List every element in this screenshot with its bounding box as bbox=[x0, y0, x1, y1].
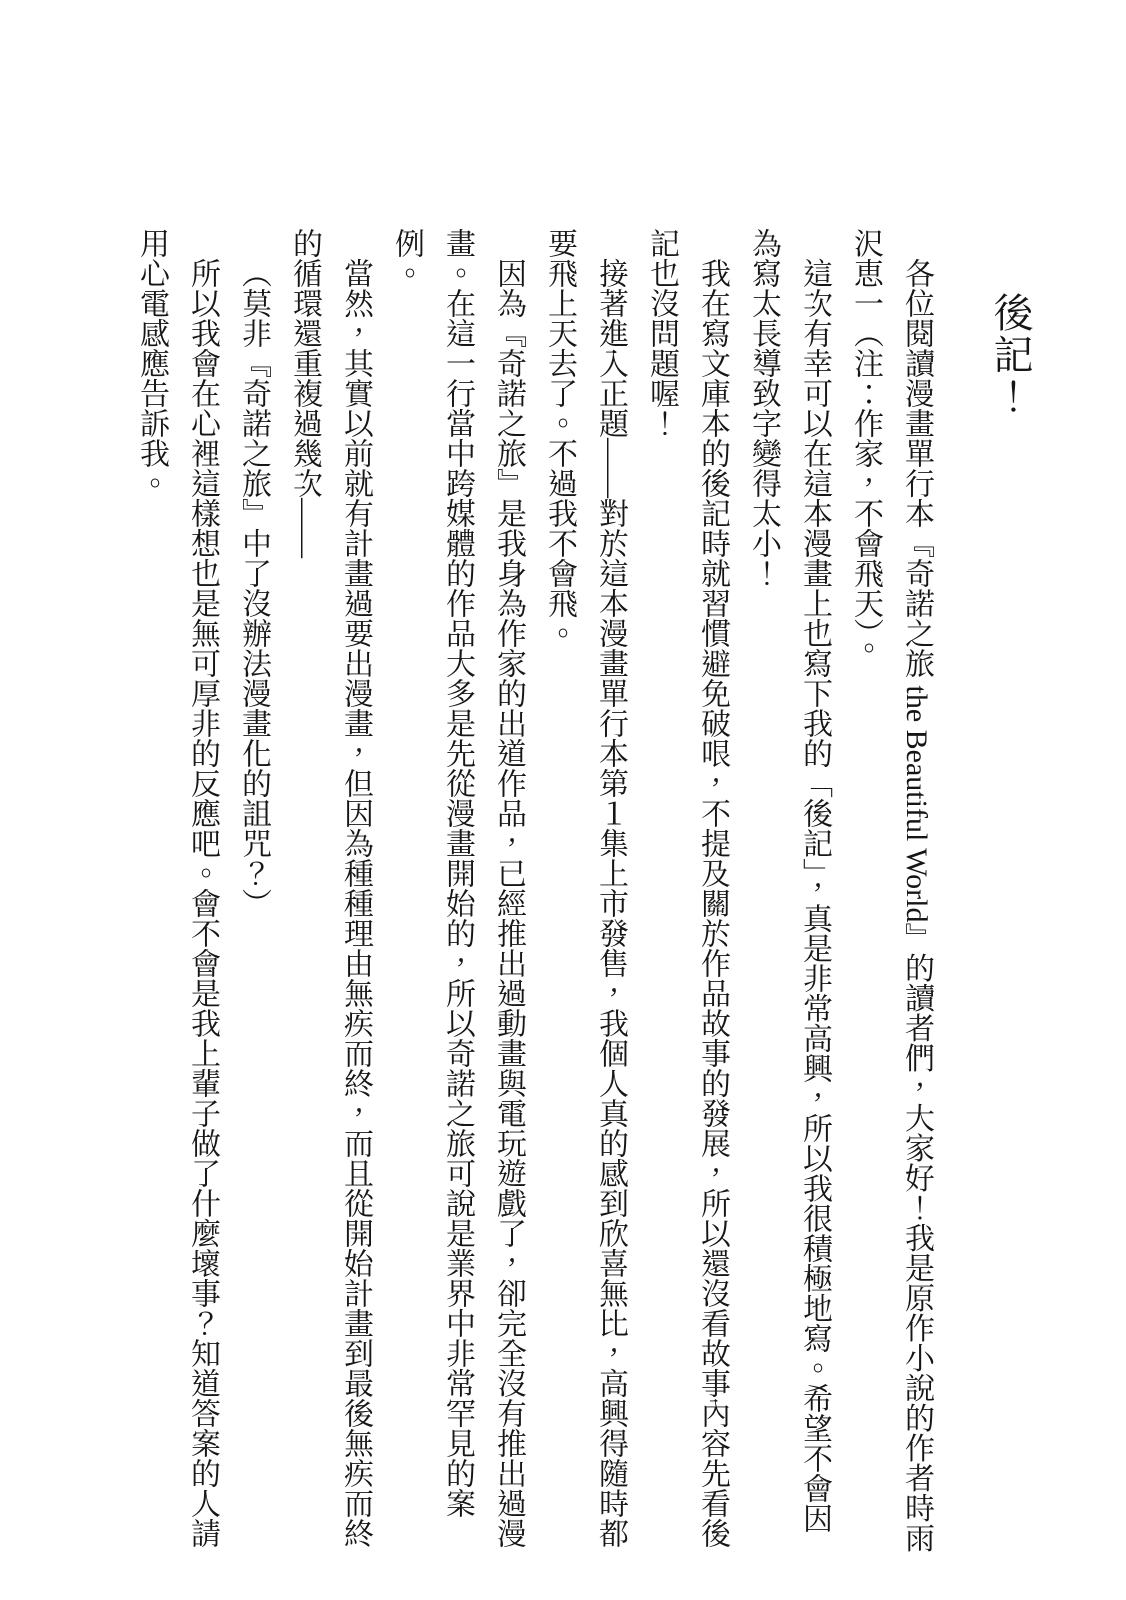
afterword-page: 後記！ 各位閱讀漫畫單行本『奇諾之旅 the Beautiful World』的… bbox=[126, 228, 1034, 1558]
afterword-paragraph: 這次有幸可以在這本漫畫上也寫下我的「後記」，真是非常高興，所以我很積極地寫。希望… bbox=[738, 228, 840, 1558]
afterword-paragraph: 當然，其實以前就有計畫過要出漫畫，但因為種種理由無疾而終，而且從開始計畫到最後無… bbox=[279, 228, 381, 1558]
afterword-paragraph: （莫非『奇諾之旅』中了沒辦法漫畫化的詛咒？） bbox=[228, 228, 279, 1558]
afterword-paragraph: 接著進入正題——對於這本漫畫單行本第１集上市發售，我個人真的感到欣喜無比，高興得… bbox=[534, 228, 636, 1558]
book-page: { "page": { "title": "後記！", "paragraphs"… bbox=[0, 0, 1126, 1600]
afterword-paragraph: 所以我會在心裡這樣想也是無可厚非的反應吧。會不會是我上輩子做了什麼壞事？知道答案… bbox=[126, 228, 228, 1558]
afterword-paragraph: 我在寫文庫本的後記時就習慣避免破哏，不提及關於作品故事的發展，所以還沒看故事內容… bbox=[636, 228, 738, 1558]
page-title: 後記！ bbox=[986, 228, 1034, 1558]
afterword-paragraph: 各位閱讀漫畫單行本『奇諾之旅 the Beautiful World』的讀者們，… bbox=[840, 228, 942, 1558]
afterword-paragraph: 因為『奇諾之旅』是我身為作家的出道作品，已經推出過動畫與電玩遊戲了，卻完全沒有推… bbox=[381, 228, 534, 1558]
